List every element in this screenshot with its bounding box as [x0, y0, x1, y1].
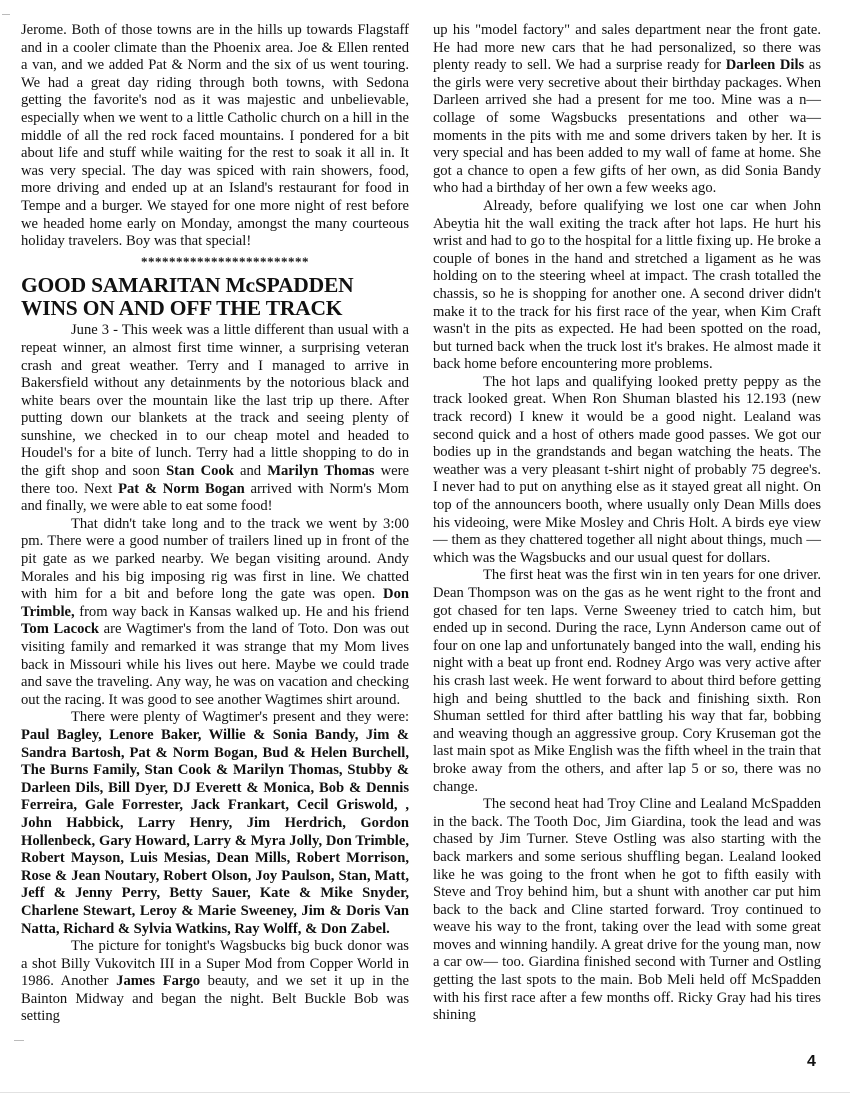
article-paragraph-4: The picture for tonight's Wagsbucks big …	[21, 938, 409, 1026]
bold-name: Tom Lacock	[21, 621, 99, 637]
left-column: Jerome. Both of those towns are in the h…	[21, 22, 409, 1026]
text: and	[234, 463, 267, 479]
scan-speck	[14, 1040, 24, 1041]
bold-name: Stan Cook	[166, 463, 234, 479]
page-number: 4	[807, 1053, 816, 1071]
bold-name: Marilyn Thomas	[267, 463, 374, 479]
text: from way back in Kansas walked up. He an…	[75, 604, 409, 620]
article-paragraph-2: That didn't take long and to the track w…	[21, 516, 409, 710]
intro-paragraph: Jerome. Both of those towns are in the h…	[21, 22, 409, 251]
continued-paragraph: up his "model factory" and sales departm…	[433, 22, 821, 198]
bold-name: Pat & Norm Bogan	[118, 481, 245, 497]
scan-speck	[2, 14, 10, 15]
text: as the girls were very secretive about t…	[433, 57, 821, 196]
second-heat-paragraph: The second heat had Troy Cline and Leala…	[433, 796, 821, 1025]
section-separator: ************************	[21, 253, 409, 271]
qualifying-paragraph: The hot laps and qualifying looked prett…	[433, 374, 821, 568]
attendee-list-paragraph: There were plenty of Wagtimer's present …	[21, 709, 409, 938]
scan-edge-line	[0, 1092, 850, 1093]
article-paragraph-1: June 3 - This week was a little differen…	[21, 322, 409, 516]
first-heat-paragraph: The first heat was the first win in ten …	[433, 567, 821, 796]
bold-name: James Fargo	[116, 973, 200, 989]
attendee-names: Paul Bagley, Lenore Baker, Willie & Soni…	[21, 727, 409, 937]
right-column: up his "model factory" and sales departm…	[433, 22, 821, 1025]
article-title: GOOD SAMARITAN McSPADDEN WINS ON AND OFF…	[21, 274, 409, 320]
text: That didn't take long and to the track w…	[21, 516, 409, 602]
bold-name: Darleen Dils	[726, 57, 804, 73]
crash-paragraph: Already, before qualifying we lost one c…	[433, 198, 821, 374]
text: June 3 - This week was a little differen…	[21, 322, 409, 479]
text: There were plenty of Wagtimer's present …	[71, 709, 409, 725]
